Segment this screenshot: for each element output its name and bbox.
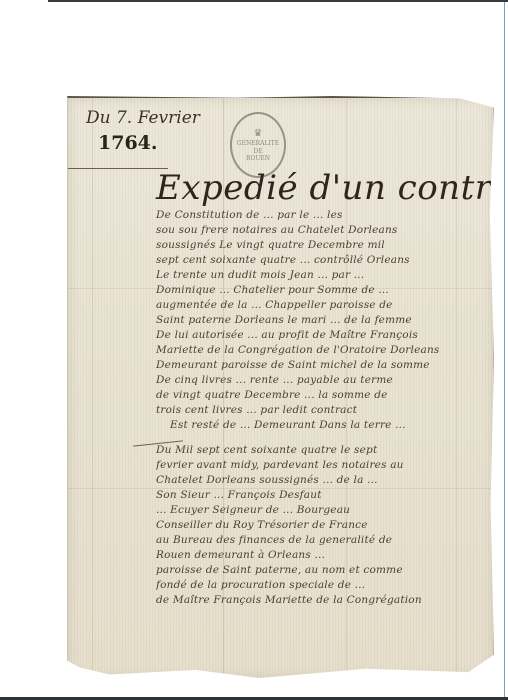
text-line-closing: Est resté de ... Demeurant Dans la terre… xyxy=(156,418,491,433)
text-line: de vingt quatre Decembre ... la somme de xyxy=(156,388,491,403)
scan-top-edge xyxy=(48,0,508,2)
margin-year: 1764. xyxy=(98,132,158,154)
margin-date: Du 7. Fevrier xyxy=(86,108,200,128)
text-line: Rouen demeurant à Orleans ... xyxy=(156,548,491,563)
crown-icon: ♛ xyxy=(254,127,263,140)
text-line: fevrier avant midy, pardevant les notair… xyxy=(156,458,491,473)
text-line: fondé de la procuration speciale de ... xyxy=(156,578,491,593)
stamp-text: GENERALITE xyxy=(237,140,279,148)
text-line: Chatelet Dorleans soussignés ... de la .… xyxy=(156,473,491,488)
text-line: Du Mil sept cent soixante quatre le sept xyxy=(156,443,491,458)
text-line: Dominique ... Chatelier pour Somme de ..… xyxy=(156,283,491,298)
text-line: augmentée de la ... Chappeller paroisse … xyxy=(156,298,491,313)
text-line: paroisse de Saint paterne, au nom et com… xyxy=(156,563,491,578)
paper-fold-line xyxy=(92,98,93,678)
text-line: soussignés Le vingt quatre Decembre mil xyxy=(156,238,491,253)
text-line: ... Ecuyer Seigneur de ... Bourgeau xyxy=(156,503,491,518)
text-line: Demeurant paroisse de Saint michel de la… xyxy=(156,358,491,373)
document-body: De Constitution de ... par le ... les so… xyxy=(156,208,491,608)
text-line: Saint paterne Dorleans le mari ... de la… xyxy=(156,313,491,328)
document-title: Expedié d'un contract xyxy=(156,168,508,208)
manuscript-page: Du 7. Fevrier 1764. ♛ GENERALITE DE ROUE… xyxy=(67,96,494,678)
text-line: sou sou frere notaires au Chatelet Dorle… xyxy=(156,223,491,238)
text-line: Mariette de la Congrégation de l'Oratoir… xyxy=(156,343,491,358)
margin-rule xyxy=(68,168,168,169)
text-line: De lui autorisée ... au profit de Maître… xyxy=(156,328,491,343)
text-line: De Constitution de ... par le ... les xyxy=(156,208,491,223)
text-line: De cinq livres ... rente ... payable au … xyxy=(156,373,491,388)
text-line: sept cent soixante quatre ... contrôllé … xyxy=(156,253,491,268)
stamp-text: DE xyxy=(253,148,262,156)
text-line: Son Sieur ... François Desfaut xyxy=(156,488,491,503)
text-line: Conseiller du Roy Trésorier de France xyxy=(156,518,491,533)
text-line: au Bureau des finances de la generalité … xyxy=(156,533,491,548)
scan-right-edge xyxy=(504,2,505,697)
stamp-text: ROUEN xyxy=(246,155,270,163)
text-line: Le trente un dudit mois Jean ... par ... xyxy=(156,268,491,283)
text-line: de Maître François Mariette de la Congré… xyxy=(156,593,491,608)
text-line: trois cent livres ... par ledit contract xyxy=(156,403,491,418)
